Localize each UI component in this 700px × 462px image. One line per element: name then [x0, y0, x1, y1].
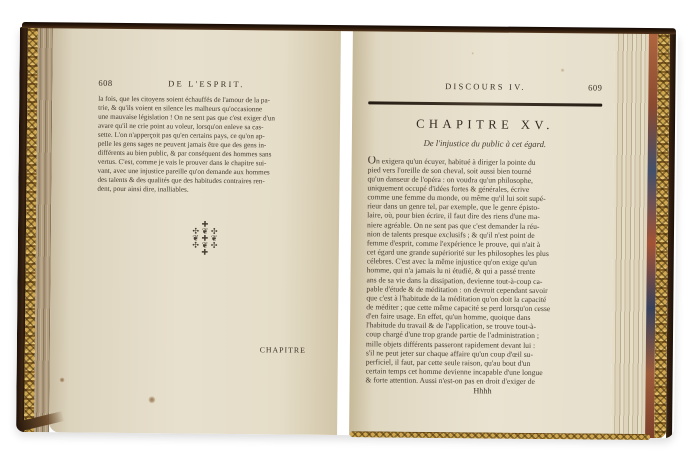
chapter-subtitle: De l'injustice du public à cet égard. [368, 137, 602, 149]
header-rule [368, 101, 602, 106]
gathering-signature-mark: Hhhh [365, 386, 599, 397]
right-running-head: DISCOURS IV. 609 [368, 80, 602, 94]
left-page: 608 DE L'ESPRIT. la fois, que les citoye… [49, 27, 341, 435]
book-spread: 608 DE L'ESPRIT. la fois, que les citoye… [16, 27, 678, 438]
catchword: CHAPITRE [260, 345, 306, 354]
photo-background: 608 DE L'ESPRIT. la fois, que les citoye… [0, 0, 700, 462]
left-running-head: 608 DE L'ESPRIT. [98, 78, 314, 92]
left-running-title: DE L'ESPRIT. [168, 78, 245, 89]
left-page-text: la fois, que les citoyens soient échauff… [97, 95, 314, 196]
book: 608 DE L'ESPRIT. la fois, que les citoye… [16, 22, 678, 438]
foxing-spot [148, 396, 155, 403]
foxing-spot [60, 377, 65, 382]
chapter-heading: CHAPITRE XV. [368, 116, 602, 133]
text-line: dent, pour ainsi dire, inalliables. [97, 185, 313, 196]
right-page-text: On exigera qu'un écuyer, habitué à dirig… [366, 156, 602, 387]
left-page-number: 608 [98, 78, 112, 88]
right-page-number: 609 [588, 82, 602, 92]
right-running-title: DISCOURS IV. [445, 81, 526, 92]
text-line: ✚ [97, 248, 313, 257]
printer-fleuron-ornament: ✚✣ ❦ ✣❦ ✚ ❦✣ ❦ ✣✚ [97, 220, 313, 257]
fore-edge-page-block [611, 33, 649, 438]
right-page: DISCOURS IV. 609 CHAPITRE XV. De l'injus… [349, 30, 615, 437]
